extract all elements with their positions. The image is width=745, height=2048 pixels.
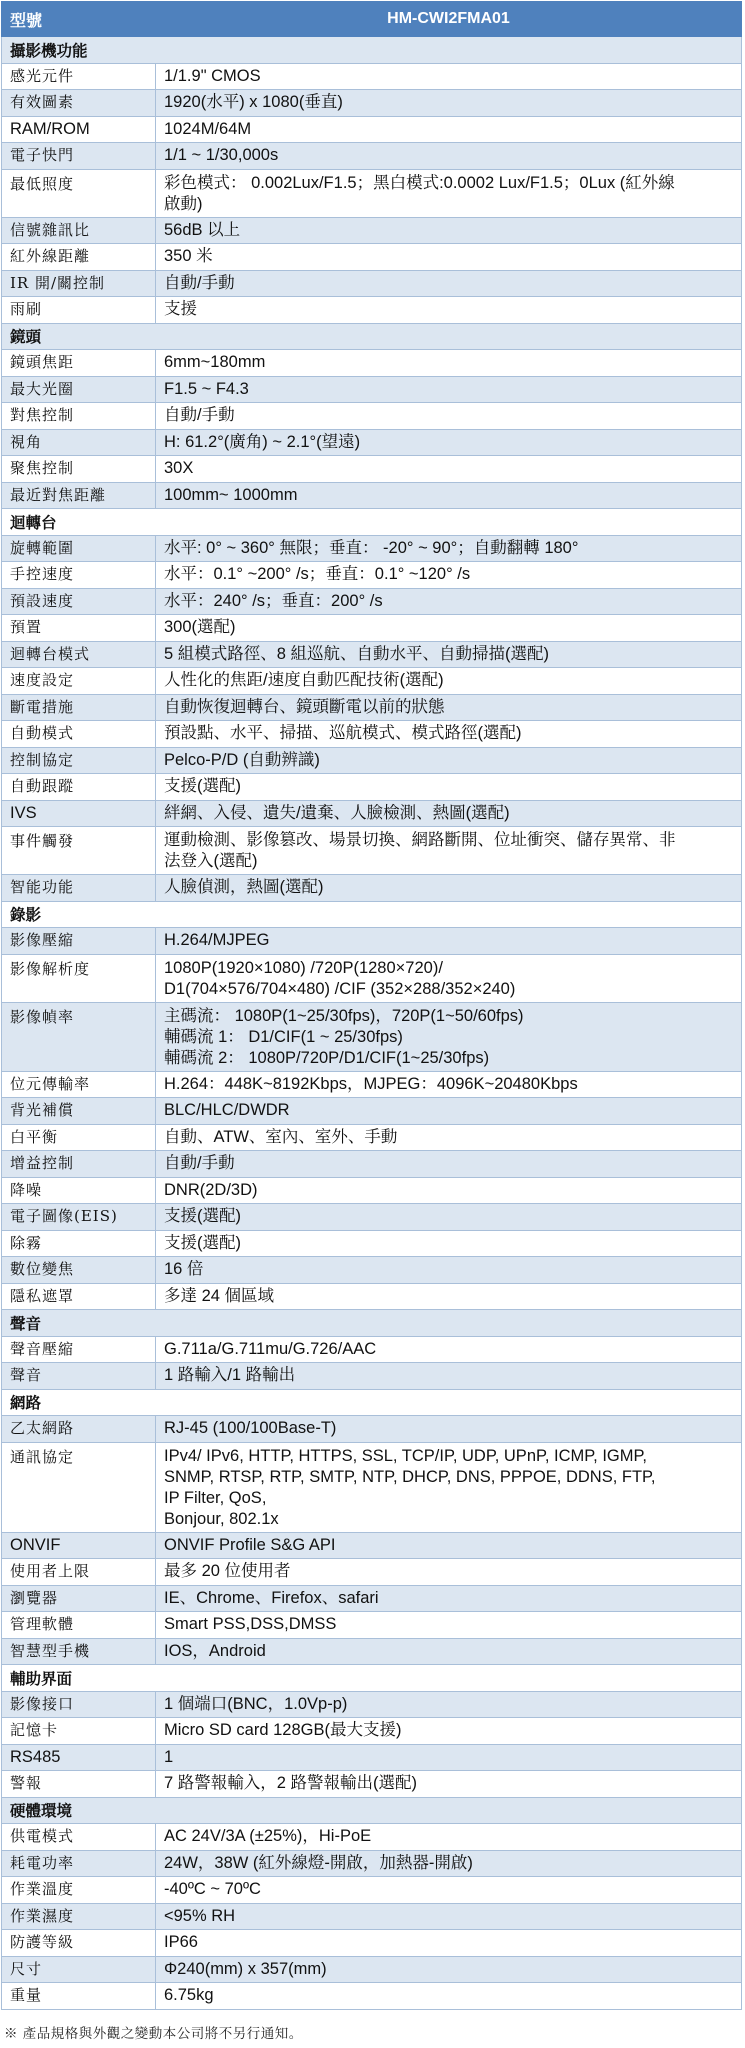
spec-value-line: 水平: 0° ~ 360° 無限；垂直： -20° ~ 90°；自動翻轉 180… (164, 538, 733, 559)
spec-value: 24W，38W (紅外線燈-開啟，加熱器-開啟) (156, 1850, 742, 1877)
spec-value: ONVIF Profile S&G API (156, 1532, 742, 1559)
section-header-row: 迴轉台 (2, 509, 742, 536)
table-row: ONVIFONVIF Profile S&G API (2, 1532, 742, 1559)
spec-value-line: F1.5 ~ F4.3 (164, 379, 733, 400)
table-row: 隱私遮罩多達 24 個區域 (2, 1283, 742, 1310)
spec-label: 自動跟蹤 (2, 774, 156, 801)
spec-label: 手控速度 (2, 562, 156, 589)
table-row: RAM/ROM1024M/64M (2, 116, 742, 143)
spec-label: 信號雜訊比 (2, 217, 156, 244)
spec-label: 聚焦控制 (2, 456, 156, 483)
spec-value-line: 人臉偵測，熱圖(選配) (164, 877, 733, 898)
spec-label: 降噪 (2, 1177, 156, 1204)
table-row: 影像接口1 個端口(BNC，1.0Vp-p) (2, 1691, 742, 1718)
spec-value-line: 支援(選配) (164, 1206, 733, 1227)
spec-value-line: 多達 24 個區域 (164, 1286, 733, 1307)
spec-value-line: IP66 (164, 1932, 733, 1953)
table-row: 使用者上限最多 20 位使用者 (2, 1559, 742, 1586)
table-row: 聚焦控制30X (2, 456, 742, 483)
spec-value: 彩色模式： 0.002Lux/F1.5；黑白模式:0.0002 Lux/F1.5… (156, 169, 742, 217)
spec-value-line: 最多 20 位使用者 (164, 1561, 733, 1582)
table-row: 數位變焦16 倍 (2, 1257, 742, 1284)
spec-value-line: 主碼流： 1080P(1~25/30fps)，720P(1~50/60fps) (164, 1006, 733, 1027)
section-title: 輔助界面 (2, 1665, 742, 1692)
spec-value: 多達 24 個區域 (156, 1283, 742, 1310)
spec-value: 1 個端口(BNC，1.0Vp-p) (156, 1691, 742, 1718)
spec-label: 智慧型手機 (2, 1638, 156, 1665)
spec-body: 攝影機功能感光元件1/1.9" CMOS有效圖素1920(水平) x 1080(… (2, 37, 742, 2010)
spec-label: 耗電功率 (2, 1850, 156, 1877)
spec-label: 使用者上限 (2, 1559, 156, 1586)
spec-label: 最低照度 (2, 169, 156, 217)
section-title: 硬體環境 (2, 1797, 742, 1824)
table-row: 影像解析度1080P(1920×1080) /720P(1280×720)/D1… (2, 954, 742, 1002)
spec-value: 56dB 以上 (156, 217, 742, 244)
spec-value: 自動/手動 (156, 270, 742, 297)
spec-value: DNR(2D/3D) (156, 1177, 742, 1204)
table-row: 供電模式AC 24V/3A (±25%)，Hi-PoE (2, 1824, 742, 1851)
spec-label: 位元傳輸率 (2, 1071, 156, 1098)
table-row: 鏡頭焦距6mm~180mm (2, 350, 742, 377)
spec-value-line: BLC/HLC/DWDR (164, 1100, 733, 1121)
spec-label: 旋轉範圍 (2, 535, 156, 562)
table-row: 位元傳輸率H.264：448K~8192Kbps，MJPEG：4096K~204… (2, 1071, 742, 1098)
spec-value: 1 路輸入/1 路輸出 (156, 1363, 742, 1390)
spec-value: Φ240(mm) x 357(mm) (156, 1956, 742, 1983)
spec-value-line: 100mm~ 1000mm (164, 485, 733, 506)
spec-value: Pelco-P/D (自動辨識) (156, 747, 742, 774)
spec-value: 預設點、水平、掃描、巡航模式、模式路徑(選配) (156, 721, 742, 748)
spec-label: 重量 (2, 1983, 156, 2010)
table-row: 電子快門1/1 ~ 1/30,000s (2, 143, 742, 170)
spec-label: 作業溫度 (2, 1877, 156, 1904)
table-row: 事件觸發運動檢測、影像篡改、場景切換、網路斷開、位址衝突、儲存異常、非法登入(選… (2, 827, 742, 875)
spec-label: 迴轉台模式 (2, 641, 156, 668)
spec-value: 水平：0.1° ~200° /s；垂直：0.1° ~120° /s (156, 562, 742, 589)
section-header-row: 鏡頭 (2, 323, 742, 350)
section-header-row: 錄影 (2, 901, 742, 928)
spec-value: 自動/手動 (156, 403, 742, 430)
table-row: 電子圖像(EIS)支援(選配) (2, 1204, 742, 1231)
table-row: 預設速度水平：240° /s；垂直：200° /s (2, 588, 742, 615)
spec-value: 自動、ATW、室內、室外、手動 (156, 1124, 742, 1151)
spec-label: 斷電措施 (2, 694, 156, 721)
spec-value-line: 1/1 ~ 1/30,000s (164, 145, 733, 166)
section-title: 聲音 (2, 1310, 742, 1337)
spec-value-line: 自動/手動 (164, 1153, 733, 1174)
spec-value: 30X (156, 456, 742, 483)
header-label: 型號 (2, 2, 156, 37)
spec-value-line: 運動檢測、影像篡改、場景切換、網路斷開、位址衝突、儲存異常、非 (164, 830, 733, 851)
spec-value-line: Bonjour, 802.1x (164, 1509, 733, 1530)
spec-value: H.264/MJPEG (156, 928, 742, 955)
table-row: 警報7 路警報輸入，2 路警報輸出(選配) (2, 1771, 742, 1798)
table-row: 預置300(選配) (2, 615, 742, 642)
spec-value: 1080P(1920×1080) /720P(1280×720)/D1(704×… (156, 954, 742, 1002)
spec-value-line: 支援(選配) (164, 1233, 733, 1254)
table-row: 降噪DNR(2D/3D) (2, 1177, 742, 1204)
table-row: 自動跟蹤支援(選配) (2, 774, 742, 801)
spec-value: F1.5 ~ F4.3 (156, 376, 742, 403)
spec-value-line: 自動恢復迴轉台、鏡頭斷電以前的狀態 (164, 697, 733, 718)
table-row: 感光元件1/1.9" CMOS (2, 63, 742, 90)
spec-value: 7 路警報輸入，2 路警報輸出(選配) (156, 1771, 742, 1798)
spec-value-line: 自動、ATW、室內、室外、手動 (164, 1127, 733, 1148)
table-row: 防護等級IP66 (2, 1930, 742, 1957)
spec-label: 影像接口 (2, 1691, 156, 1718)
spec-label: 乙太網路 (2, 1416, 156, 1443)
spec-value-line: 1 個端口(BNC，1.0Vp-p) (164, 1694, 733, 1715)
spec-value-line: D1(704×576/704×480) /CIF (352×288/352×24… (164, 979, 733, 1000)
footnote: ※ 產品規格與外觀之變動本公司將不另行通知。 (4, 2022, 303, 2042)
spec-value: IE、Chrome、Firefox、safari (156, 1585, 742, 1612)
spec-label: 速度設定 (2, 668, 156, 695)
section-header-row: 網路 (2, 1389, 742, 1416)
spec-value: 1024M/64M (156, 116, 742, 143)
table-row: 有效圖素1920(水平) x 1080(垂直) (2, 90, 742, 117)
table-row: 最低照度彩色模式： 0.002Lux/F1.5；黑白模式:0.0002 Lux/… (2, 169, 742, 217)
spec-value: 支援(選配) (156, 1204, 742, 1231)
spec-value: 水平: 0° ~ 360° 無限；垂直： -20° ~ 90°；自動翻轉 180… (156, 535, 742, 562)
spec-label: 供電模式 (2, 1824, 156, 1851)
spec-value: 16 倍 (156, 1257, 742, 1284)
table-row: 瀏覽器IE、Chrome、Firefox、safari (2, 1585, 742, 1612)
table-row: 耗電功率24W，38W (紅外線燈-開啟，加熱器-開啟) (2, 1850, 742, 1877)
table-row: 影像壓縮H.264/MJPEG (2, 928, 742, 955)
spec-value: 絆網、入侵、遺失/遺棄、人臉檢測、熱圖(選配) (156, 800, 742, 827)
section-title: 攝影機功能 (2, 37, 742, 64)
spec-value-line: 350 米 (164, 246, 733, 267)
spec-label: 感光元件 (2, 63, 156, 90)
spec-label: 白平衡 (2, 1124, 156, 1151)
table-row: 背光補償BLC/HLC/DWDR (2, 1098, 742, 1125)
spec-label: 有效圖素 (2, 90, 156, 117)
spec-label: 影像幀率 (2, 1002, 156, 1071)
table-row: 最大光圈F1.5 ~ F4.3 (2, 376, 742, 403)
spec-value: 人性化的焦距/速度自動匹配技術(選配) (156, 668, 742, 695)
table-row: 視角H: 61.2°(廣角) ~ 2.1°(望遠) (2, 429, 742, 456)
spec-label: 增益控制 (2, 1151, 156, 1178)
spec-value-line: IPv4/ IPv6, HTTP, HTTPS, SSL, TCP/IP, UD… (164, 1446, 733, 1467)
spec-label: 最近對焦距離 (2, 482, 156, 509)
spec-value-line: ONVIF Profile S&G API (164, 1535, 733, 1556)
table-row: 通訊協定IPv4/ IPv6, HTTP, HTTPS, SSL, TCP/IP… (2, 1442, 742, 1532)
spec-value: 1/1.9" CMOS (156, 63, 742, 90)
spec-value-line: Smart PSS,DSS,DMSS (164, 1614, 733, 1635)
spec-label: 聲音壓縮 (2, 1336, 156, 1363)
table-row: 控制協定Pelco-P/D (自動辨識) (2, 747, 742, 774)
spec-value-line: 1920(水平) x 1080(垂直) (164, 92, 733, 113)
spec-value: 6.75kg (156, 1983, 742, 2010)
spec-value: 300(選配) (156, 615, 742, 642)
table-row: 作業溫度-40ºC ~ 70ºC (2, 1877, 742, 1904)
spec-label: 智能功能 (2, 875, 156, 902)
spec-value: 人臉偵測，熱圖(選配) (156, 875, 742, 902)
spec-value-line: 1 (164, 1747, 733, 1768)
spec-value-line: 彩色模式： 0.002Lux/F1.5；黑白模式:0.0002 Lux/F1.5… (164, 173, 733, 194)
spec-label: 作業濕度 (2, 1903, 156, 1930)
spec-value: IPv4/ IPv6, HTTP, HTTPS, SSL, TCP/IP, UD… (156, 1442, 742, 1532)
spec-label: 管理軟體 (2, 1612, 156, 1639)
table-row: 除霧支援(選配) (2, 1230, 742, 1257)
spec-label: 防護等級 (2, 1930, 156, 1957)
spec-value-line: 預設點、水平、掃描、巡航模式、模式路徑(選配) (164, 723, 733, 744)
section-header-row: 攝影機功能 (2, 37, 742, 64)
spec-label: ONVIF (2, 1532, 156, 1559)
spec-value-line: 1/1.9" CMOS (164, 66, 733, 87)
spec-value-line: 水平：0.1° ~200° /s；垂直：0.1° ~120° /s (164, 564, 733, 585)
table-row: 速度設定人性化的焦距/速度自動匹配技術(選配) (2, 668, 742, 695)
spec-label: 隱私遮罩 (2, 1283, 156, 1310)
spec-label: 控制協定 (2, 747, 156, 774)
spec-value: IP66 (156, 1930, 742, 1957)
table-row: 斷電措施自動恢復迴轉台、鏡頭斷電以前的狀態 (2, 694, 742, 721)
spec-table: 型號 HM-CWI2FMA01 攝影機功能感光元件1/1.9" CMOS有效圖素… (1, 1, 742, 2010)
spec-label: 最大光圈 (2, 376, 156, 403)
spec-label: 事件觸發 (2, 827, 156, 875)
spec-value: 1/1 ~ 1/30,000s (156, 143, 742, 170)
spec-label: 電子快門 (2, 143, 156, 170)
table-row: 自動模式預設點、水平、掃描、巡航模式、模式路徑(選配) (2, 721, 742, 748)
spec-value: 1920(水平) x 1080(垂直) (156, 90, 742, 117)
spec-value-line: Φ240(mm) x 357(mm) (164, 1959, 733, 1980)
table-row: 對焦控制自動/手動 (2, 403, 742, 430)
spec-value: 支援 (156, 297, 742, 324)
spec-label: 鏡頭焦距 (2, 350, 156, 377)
section-title: 錄影 (2, 901, 742, 928)
spec-value-line: G.711a/G.711mu/G.726/AAC (164, 1339, 733, 1360)
spec-value: 5 組模式路徑、8 組巡航、自動水平、自動掃描(選配) (156, 641, 742, 668)
spec-value-line: H: 61.2°(廣角) ~ 2.1°(望遠) (164, 432, 733, 453)
spec-value: 水平：240° /s；垂直：200° /s (156, 588, 742, 615)
table-row: 影像幀率主碼流： 1080P(1~25/30fps)，720P(1~50/60f… (2, 1002, 742, 1071)
spec-value-line: IE、Chrome、Firefox、safari (164, 1588, 733, 1609)
spec-value-line: IOS，Android (164, 1641, 733, 1662)
spec-value-line: -40ºC ~ 70ºC (164, 1879, 733, 1900)
section-header-row: 硬體環境 (2, 1797, 742, 1824)
spec-value-line: <95% RH (164, 1906, 733, 1927)
table-row: 紅外線距離350 米 (2, 244, 742, 271)
spec-label: 雨刷 (2, 297, 156, 324)
table-row: 雨刷支援 (2, 297, 742, 324)
spec-value-line: Micro SD card 128GB(最大支援) (164, 1720, 733, 1741)
spec-label: RS485 (2, 1744, 156, 1771)
spec-value-line: 6.75kg (164, 1985, 733, 2006)
spec-value-line: 輔碼流 2： 1080P/720P/D1/CIF(1~25/30fps) (164, 1048, 733, 1069)
spec-value-line: 5 組模式路徑、8 組巡航、自動水平、自動掃描(選配) (164, 644, 733, 665)
spec-value: <95% RH (156, 1903, 742, 1930)
table-row: 白平衡自動、ATW、室內、室外、手動 (2, 1124, 742, 1151)
section-title: 迴轉台 (2, 509, 742, 536)
spec-value-line: 啟動) (164, 194, 733, 215)
spec-label: 影像壓縮 (2, 928, 156, 955)
spec-value: 自動恢復迴轉台、鏡頭斷電以前的狀態 (156, 694, 742, 721)
spec-value: BLC/HLC/DWDR (156, 1098, 742, 1125)
table-row: 迴轉台模式5 組模式路徑、8 組巡航、自動水平、自動掃描(選配) (2, 641, 742, 668)
table-row: 管理軟體Smart PSS,DSS,DMSS (2, 1612, 742, 1639)
section-title: 網路 (2, 1389, 742, 1416)
table-row: RS4851 (2, 1744, 742, 1771)
spec-value: IOS，Android (156, 1638, 742, 1665)
table-row: 最近對焦距離100mm~ 1000mm (2, 482, 742, 509)
spec-value: 運動檢測、影像篡改、場景切換、網路斷開、位址衝突、儲存異常、非法登入(選配) (156, 827, 742, 875)
spec-value: 6mm~180mm (156, 350, 742, 377)
spec-label: 聲音 (2, 1363, 156, 1390)
spec-value-line: 1024M/64M (164, 119, 733, 140)
spec-value: G.711a/G.711mu/G.726/AAC (156, 1336, 742, 1363)
spec-label: RAM/ROM (2, 116, 156, 143)
spec-label: 尺寸 (2, 1956, 156, 1983)
spec-label: 紅外線距離 (2, 244, 156, 271)
spec-value-line: 輔碼流 1： D1/CIF(1 ~ 25/30fps) (164, 1027, 733, 1048)
spec-value: H.264：448K~8192Kbps，MJPEG：4096K~20480Kbp… (156, 1071, 742, 1098)
spec-value-line: H.264/MJPEG (164, 930, 733, 951)
spec-value: 100mm~ 1000mm (156, 482, 742, 509)
spec-label: 數位變焦 (2, 1257, 156, 1284)
spec-value: 1 (156, 1744, 742, 1771)
spec-value-line: RJ-45 (100/100Base-T) (164, 1418, 733, 1439)
section-header-row: 輔助界面 (2, 1665, 742, 1692)
table-row: 旋轉範圍水平: 0° ~ 360° 無限；垂直： -20° ~ 90°；自動翻轉… (2, 535, 742, 562)
table-row: 智慧型手機IOS，Android (2, 1638, 742, 1665)
spec-value: 最多 20 位使用者 (156, 1559, 742, 1586)
table-row: 手控速度水平：0.1° ~200° /s；垂直：0.1° ~120° /s (2, 562, 742, 589)
table-row: IR 開/關控制自動/手動 (2, 270, 742, 297)
spec-value-line: 絆網、入侵、遺失/遺棄、人臉檢測、熱圖(選配) (164, 803, 733, 824)
spec-value: Smart PSS,DSS,DMSS (156, 1612, 742, 1639)
table-row: 尺寸Φ240(mm) x 357(mm) (2, 1956, 742, 1983)
spec-value: 支援(選配) (156, 1230, 742, 1257)
table-row: 聲音1 路輸入/1 路輸出 (2, 1363, 742, 1390)
section-title: 鏡頭 (2, 323, 742, 350)
table-row: 作業濕度<95% RH (2, 1903, 742, 1930)
spec-value-line: AC 24V/3A (±25%)，Hi-PoE (164, 1826, 733, 1847)
spec-label: IVS (2, 800, 156, 827)
spec-label: 通訊協定 (2, 1442, 156, 1532)
spec-value-line: 自動/手動 (164, 405, 733, 426)
spec-value-line: 16 倍 (164, 1259, 733, 1280)
table-row: 聲音壓縮G.711a/G.711mu/G.726/AAC (2, 1336, 742, 1363)
spec-value-line: 7 路警報輸入，2 路警報輸出(選配) (164, 1773, 733, 1794)
spec-value-line: Pelco-P/D (自動辨識) (164, 750, 733, 771)
spec-value: 主碼流： 1080P(1~25/30fps)，720P(1~50/60fps)輔… (156, 1002, 742, 1071)
spec-label: 影像解析度 (2, 954, 156, 1002)
spec-label: 對焦控制 (2, 403, 156, 430)
spec-label: 記憶卡 (2, 1718, 156, 1745)
table-header-row: 型號 HM-CWI2FMA01 (2, 2, 742, 37)
spec-label: 視角 (2, 429, 156, 456)
spec-value: 支援(選配) (156, 774, 742, 801)
table-row: 重量6.75kg (2, 1983, 742, 2010)
spec-label: 自動模式 (2, 721, 156, 748)
spec-value-line: 24W，38W (紅外線燈-開啟，加熱器-開啟) (164, 1853, 733, 1874)
spec-value: H: 61.2°(廣角) ~ 2.1°(望遠) (156, 429, 742, 456)
spec-value-line: 水平：240° /s；垂直：200° /s (164, 591, 733, 612)
spec-value-line: IP Filter, QoS, (164, 1488, 733, 1509)
table-row: 記憶卡Micro SD card 128GB(最大支援) (2, 1718, 742, 1745)
spec-value-line: 56dB 以上 (164, 220, 733, 241)
spec-value-line: H.264：448K~8192Kbps，MJPEG：4096K~20480Kbp… (164, 1074, 733, 1095)
table-row: 智能功能人臉偵測，熱圖(選配) (2, 875, 742, 902)
spec-label: 瀏覽器 (2, 1585, 156, 1612)
table-row: 增益控制自動/手動 (2, 1151, 742, 1178)
spec-value: RJ-45 (100/100Base-T) (156, 1416, 742, 1443)
spec-value: Micro SD card 128GB(最大支援) (156, 1718, 742, 1745)
spec-label: 預設速度 (2, 588, 156, 615)
spec-label: 警報 (2, 1771, 156, 1798)
spec-value: -40ºC ~ 70ºC (156, 1877, 742, 1904)
spec-label: IR 開/關控制 (2, 270, 156, 297)
table-row: 信號雜訊比56dB 以上 (2, 217, 742, 244)
spec-value-line: 30X (164, 458, 733, 479)
model-number: HM-CWI2FMA01 (156, 2, 742, 37)
spec-label: 電子圖像(EIS) (2, 1204, 156, 1231)
spec-value-line: 支援(選配) (164, 776, 733, 797)
spec-value: 350 米 (156, 244, 742, 271)
spec-label: 預置 (2, 615, 156, 642)
spec-value-line: 1080P(1920×1080) /720P(1280×720)/ (164, 958, 733, 979)
spec-value-line: 人性化的焦距/速度自動匹配技術(選配) (164, 670, 733, 691)
spec-value: AC 24V/3A (±25%)，Hi-PoE (156, 1824, 742, 1851)
spec-value-line: 1 路輸入/1 路輸出 (164, 1365, 733, 1386)
spec-value-line: 自動/手動 (164, 273, 733, 294)
spec-value-line: SNMP, RTSP, RTP, SMTP, NTP, DHCP, DNS, P… (164, 1467, 733, 1488)
spec-value-line: 法登入(選配) (164, 851, 733, 872)
spec-value-line: 支援 (164, 299, 733, 320)
spec-value: 自動/手動 (156, 1151, 742, 1178)
table-row: 乙太網路RJ-45 (100/100Base-T) (2, 1416, 742, 1443)
spec-value-line: DNR(2D/3D) (164, 1180, 733, 1201)
section-header-row: 聲音 (2, 1310, 742, 1337)
spec-value-line: 6mm~180mm (164, 352, 733, 373)
spec-value-line: 300(選配) (164, 617, 733, 638)
spec-label: 除霧 (2, 1230, 156, 1257)
table-row: IVS絆網、入侵、遺失/遺棄、人臉檢測、熱圖(選配) (2, 800, 742, 827)
spec-label: 背光補償 (2, 1098, 156, 1125)
